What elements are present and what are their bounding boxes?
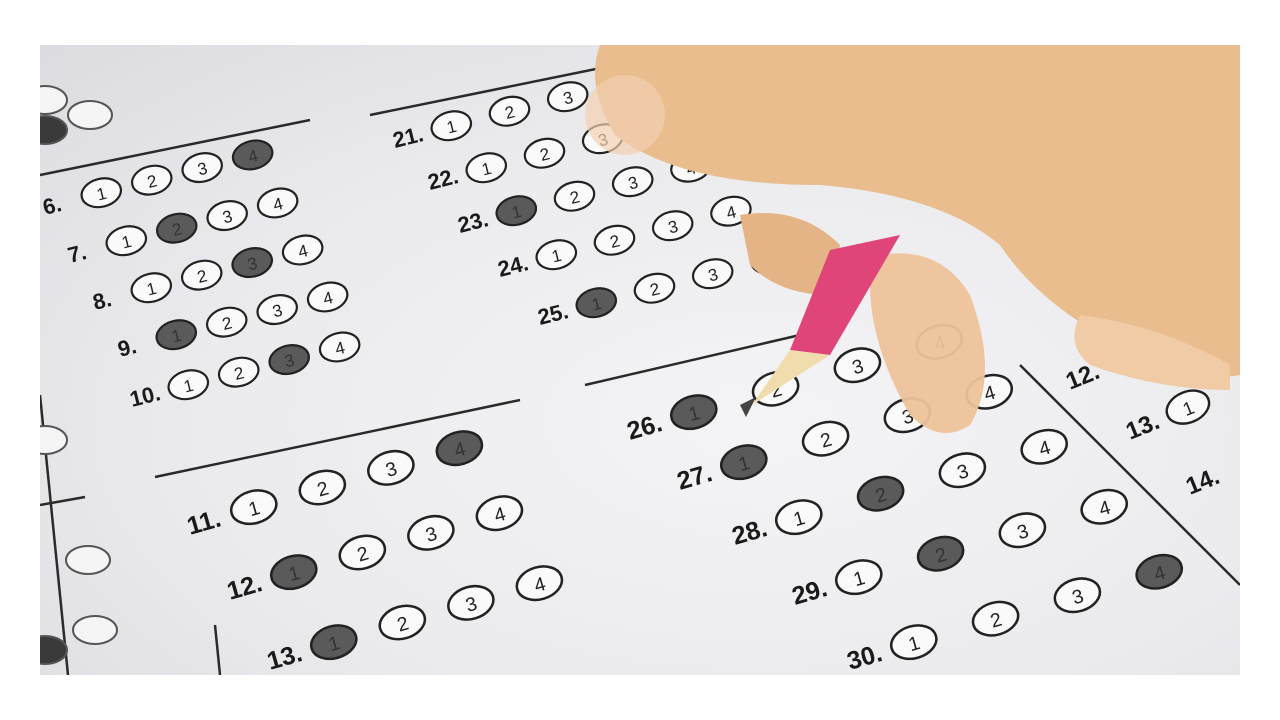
answer-bubble[interactable]: 3 — [204, 197, 250, 234]
answer-bubble[interactable]: 2 — [487, 93, 533, 130]
answer-bubble[interactable]: 4 — [1018, 425, 1071, 469]
answer-bubble[interactable]: 1 — [227, 485, 280, 529]
question-number: 25. — [535, 298, 571, 330]
question-number: 30. — [844, 639, 886, 675]
answer-bubble[interactable]: 3 — [266, 341, 312, 378]
answer-sheet: 6.12347.12348.12349.123410.123421.123422… — [40, 45, 1240, 675]
answer-bubble[interactable]: 1 — [165, 366, 211, 403]
question-number: 24. — [495, 250, 531, 282]
question-number: 12. — [224, 569, 266, 606]
question-number: 9. — [115, 333, 139, 362]
answer-bubble[interactable]: 2 — [799, 417, 852, 461]
answer-bubble[interactable]: 4 — [1078, 485, 1131, 529]
answer-bubble[interactable]: 3 — [996, 508, 1049, 552]
answer-bubble[interactable]: 3 — [610, 163, 656, 200]
answer-bubble[interactable]: 3 — [936, 448, 989, 492]
answer-bubble[interactable]: 4 — [433, 426, 486, 470]
bubble — [40, 116, 67, 144]
answer-bubble[interactable]: 4 — [305, 279, 351, 316]
question-number: 11. — [184, 505, 224, 541]
question-number: 29. — [789, 574, 831, 611]
answer-bubble[interactable]: 2 — [552, 178, 598, 215]
answer-bubble[interactable]: 3 — [831, 343, 884, 387]
answer-bubble[interactable]: 2 — [336, 531, 389, 575]
answer-bubble[interactable]: 1 — [533, 236, 579, 273]
answer-bubble[interactable]: 1 — [78, 174, 124, 211]
answer-bubble[interactable]: 1 — [832, 555, 885, 599]
answer-bubble[interactable]: 4 — [473, 491, 526, 535]
question-number: 13. — [1122, 408, 1163, 446]
question-number: 26. — [624, 409, 666, 446]
answer-bubble[interactable]: 2 — [969, 597, 1022, 641]
answer-bubble[interactable]: 3 — [229, 244, 275, 281]
bubble — [40, 636, 67, 664]
answer-bubble[interactable]: 2 — [592, 222, 638, 259]
answer-bubble[interactable]: 4 — [317, 329, 363, 366]
answer-bubble[interactable]: 2 — [522, 135, 568, 172]
answer-bubble[interactable]: 1 — [307, 620, 360, 664]
answer-bubble[interactable]: 1 — [887, 620, 940, 664]
answer-bubble[interactable]: 1 — [267, 550, 320, 594]
answer-bubble[interactable]: 3 — [444, 581, 497, 625]
question-number: 7. — [65, 239, 89, 268]
section-divider — [40, 497, 85, 505]
answer-bubble[interactable]: 2 — [632, 270, 678, 307]
question-number: 8. — [90, 286, 114, 315]
question-row: 30.1234 — [843, 550, 1186, 675]
bubble — [68, 101, 112, 129]
answer-bubble[interactable]: 3 — [650, 207, 696, 244]
answer-bubble[interactable]: 3 — [179, 149, 225, 186]
answer-bubble[interactable]: 1 — [573, 284, 619, 321]
answer-bubble[interactable]: 2 — [914, 532, 967, 576]
answer-bubble[interactable]: 3 — [690, 255, 736, 292]
question-number: 28. — [729, 514, 771, 551]
answer-bubble[interactable]: 3 — [254, 291, 300, 328]
answer-bubble[interactable]: 2 — [296, 466, 349, 510]
bubble — [40, 86, 67, 114]
answer-bubble[interactable]: 3 — [404, 511, 457, 555]
answer-bubble[interactable]: 1 — [717, 440, 770, 484]
hand — [585, 45, 1240, 433]
question-row: 14. — [1182, 463, 1223, 501]
answer-bubble[interactable]: 4 — [1133, 550, 1186, 594]
answer-bubble[interactable]: 1 — [128, 269, 174, 306]
question-number: 27. — [674, 459, 716, 496]
bubble — [73, 616, 117, 644]
answer-bubble[interactable]: 2 — [854, 472, 907, 516]
answer-bubble[interactable]: 2 — [376, 601, 429, 645]
answer-bubble[interactable]: 1 — [103, 222, 149, 259]
bubble — [40, 426, 67, 454]
answer-bubble[interactable]: 4 — [513, 561, 566, 605]
question-number: 14. — [1182, 463, 1223, 501]
question-number: 6. — [40, 191, 64, 220]
answer-bubble[interactable]: 3 — [545, 78, 591, 115]
answer-bubble[interactable]: 1 — [1162, 385, 1214, 430]
answer-bubble[interactable]: 4 — [230, 137, 276, 174]
answer-bubble[interactable]: 3 — [364, 446, 417, 490]
answer-bubble[interactable]: 2 — [179, 257, 225, 294]
question-number: 13. — [264, 639, 306, 675]
answer-bubble[interactable]: 4 — [280, 232, 326, 269]
question-number: 21. — [390, 121, 426, 153]
bubble — [66, 546, 110, 574]
answer-bubble[interactable]: 2 — [216, 354, 262, 391]
omr-sheet-photo: 6.12347.12348.12349.123410.123421.123422… — [40, 45, 1240, 675]
answer-bubble[interactable]: 2 — [129, 162, 175, 199]
answer-bubble[interactable]: 1 — [428, 107, 474, 144]
answer-bubble[interactable]: 1 — [493, 192, 539, 229]
question-number: 10. — [127, 380, 163, 412]
answer-bubble[interactable]: 2 — [154, 210, 200, 247]
answer-bubble[interactable]: 1 — [772, 495, 825, 539]
answer-bubble[interactable]: 1 — [463, 149, 509, 186]
question-number: 23. — [455, 206, 491, 238]
section-divider — [215, 625, 220, 675]
answer-bubble[interactable]: 1 — [667, 390, 720, 434]
question-number: 22. — [425, 163, 461, 195]
answer-bubble[interactable]: 1 — [153, 316, 199, 353]
answer-bubble[interactable]: 3 — [1051, 573, 1104, 617]
question-row: 13.1 — [1121, 385, 1214, 447]
answer-bubble[interactable]: 4 — [255, 185, 301, 222]
answer-bubble[interactable]: 2 — [204, 304, 250, 341]
fingertip — [585, 75, 665, 155]
